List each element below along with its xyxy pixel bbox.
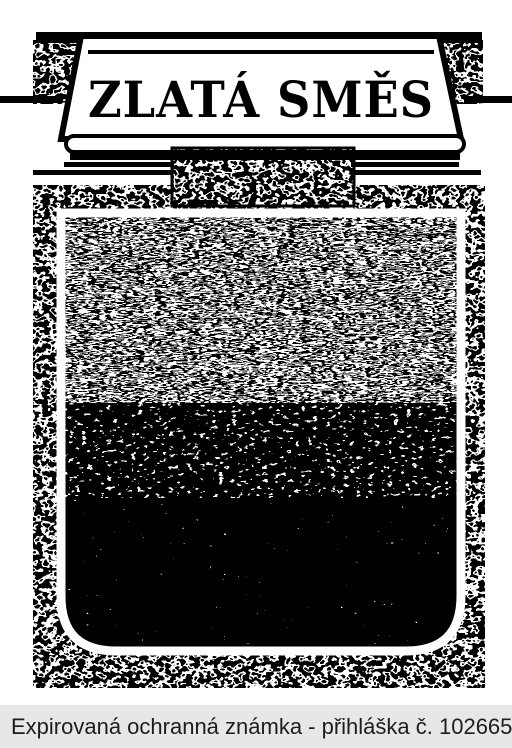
emblem-texture-upper [61,213,461,403]
emblem-texture-middle [61,403,461,498]
banner-title: ZLATÁ SMĚS [88,70,434,129]
caption-bar: Expirovaná ochranná známka - přihláška č… [0,705,512,748]
full-rule-left [33,170,173,175]
scan-artifact-dot [69,681,75,687]
banner-inner-rule [88,50,434,54]
trademark-record: ZLATÁ SMĚS Expirovaná ochranná známka - … [0,0,512,748]
full-rule-right [352,170,481,175]
caption-text: Expirovaná ochranná známka - přihláška č… [11,714,512,739]
ledge-rule-left [64,162,174,167]
trademark-artwork: ZLATÁ SMĚS [0,0,512,705]
ledge-rule-right [351,162,459,167]
emblem-texture-lower [61,498,461,651]
emblem-halftone-texture [61,213,461,651]
